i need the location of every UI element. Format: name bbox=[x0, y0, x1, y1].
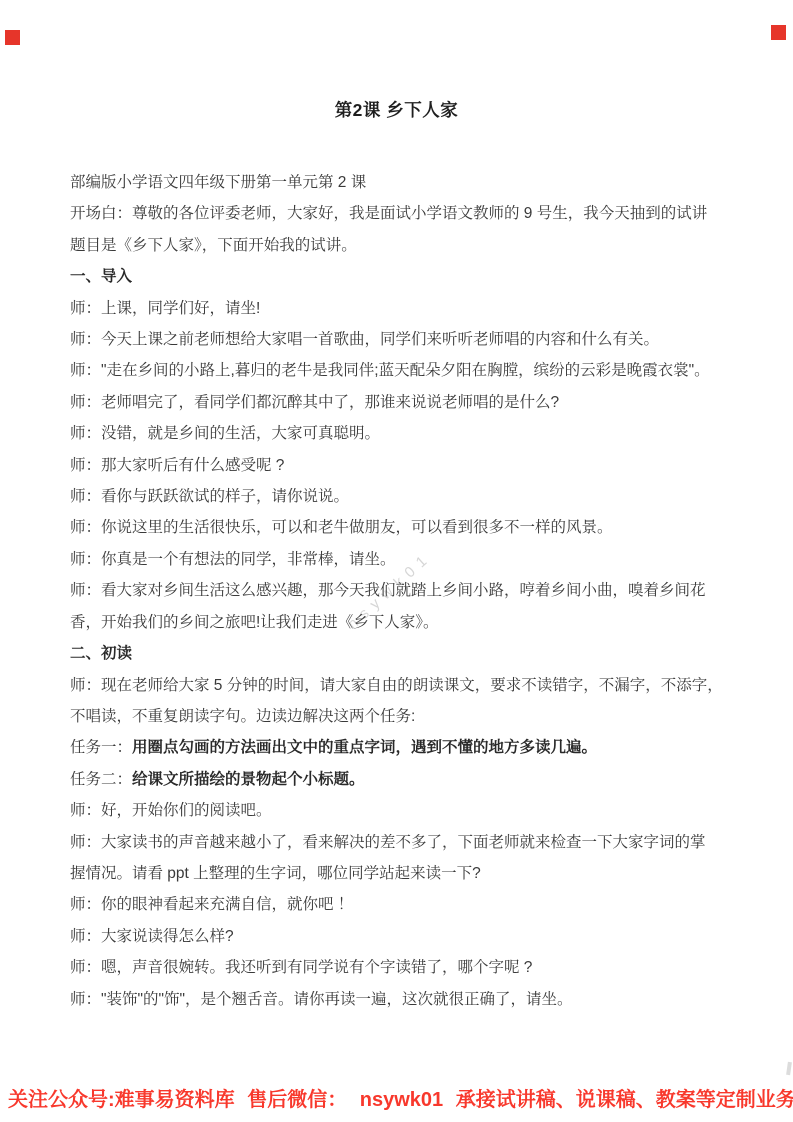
page-title: 第2课 乡下人家 bbox=[0, 97, 793, 122]
text-line: 香，开始我们的乡间之旅吧!让我们走进《乡下人家》。 bbox=[70, 607, 733, 638]
text-line: 师：大家读书的声音越来越小了，看来解决的差不多了，下面老师就来检查一下大家字词的… bbox=[70, 827, 733, 858]
task-label: 任务一： bbox=[70, 739, 132, 756]
text-line: 师：看你与跃跃欲试的样子，请你说说。 bbox=[70, 481, 733, 512]
task-text: 给课文所描绘的景物起个小标题。 bbox=[132, 771, 365, 788]
text-line: 一、导入 bbox=[70, 261, 733, 292]
text-line: 题目是《乡下人家》，下面开始我的试讲。 bbox=[70, 230, 733, 261]
promo-footer: 关注公众号:难事易资料库 售后微信： nsywk01 承接试讲稿、说课稿、教案等… bbox=[8, 1084, 793, 1116]
text-line: 师：你说这里的生活很快乐，可以和老牛做朋友，可以看到很多不一样的风景。 bbox=[70, 512, 733, 543]
red-corner-mark-top-right bbox=[771, 25, 786, 40]
text-line: 师：现在老师给大家 5 分钟的时间，请大家自由的朗读课文，要求不读错字，不漏字，… bbox=[70, 670, 733, 701]
page-edge-artifact bbox=[786, 1062, 792, 1075]
text-line: 部编版小学语文四年级下册第一单元第 2 课 bbox=[70, 167, 733, 198]
text-line: 师：你真是一个有想法的同学，非常棒，请坐。 bbox=[70, 544, 733, 575]
red-corner-mark-top-left bbox=[5, 30, 20, 45]
text-line: 二、初读 bbox=[70, 638, 733, 669]
text-line: 任务二：给课文所描绘的景物起个小标题。 bbox=[70, 764, 733, 795]
document-page: 第2课 乡下人家 nsywk01 部编版小学语文四年级下册第一单元第 2 课开场… bbox=[0, 0, 793, 1122]
text-line: 师：好，开始你们的阅读吧。 bbox=[70, 795, 733, 826]
text-line: 师：老师唱完了，看同学们都沉醉其中了，那谁来说说老师唱的是什么? bbox=[70, 387, 733, 418]
text-line: 开场白：尊敬的各位评委老师，大家好，我是面试小学语文教师的 9 号生，我今天抽到… bbox=[70, 198, 733, 229]
text-line: 师：你的眼神看起来充满自信，就你吧 ！ bbox=[70, 889, 733, 920]
text-line: 任务一：用圈点勾画的方法画出文中的重点字词，遇到不懂的地方多读几遍。 bbox=[70, 732, 733, 763]
text-line: 握情况。请看 ppt 上整理的生字词，哪位同学站起来读一下? bbox=[70, 858, 733, 889]
text-line: 师：大家说读得怎么样? bbox=[70, 921, 733, 952]
text-line: 师："装饰"的"饰"，是个翘舌音。请你再读一遍，这次就很正确了，请坐。 bbox=[70, 984, 733, 1015]
text-line: 师：看大家对乡间生活这么感兴趣，那今天我们就踏上乡间小路，哼着乡间小曲，嗅着乡间… bbox=[70, 575, 733, 606]
text-line: 师："走在乡间的小路上,暮归的老牛是我同伴;蓝天配朵夕阳在胸膛，缤纷的云彩是晚霞… bbox=[70, 355, 733, 386]
text-line: 师：上课，同学们好，请坐! bbox=[70, 293, 733, 324]
text-line: 不唱读，不重复朗读字句。边读边解决这两个任务: bbox=[70, 701, 733, 732]
text-line: 师：嗯，声音很婉转。我还听到有同学说有个字读错了，哪个字呢 ? bbox=[70, 952, 733, 983]
task-label: 任务二： bbox=[70, 771, 132, 788]
text-line: 师：没错，就是乡间的生活，大家可真聪明。 bbox=[70, 418, 733, 449]
task-text: 用圈点勾画的方法画出文中的重点字词，遇到不懂的地方多读几遍。 bbox=[132, 739, 597, 756]
text-line: 师：今天上课之前老师想给大家唱一首歌曲，同学们来听听老师唱的内容和什么有关。 bbox=[70, 324, 733, 355]
document-body: 部编版小学语文四年级下册第一单元第 2 课开场白：尊敬的各位评委老师，大家好，我… bbox=[70, 167, 733, 1015]
text-line: 师：那大家听后有什么感受呢 ? bbox=[70, 450, 733, 481]
